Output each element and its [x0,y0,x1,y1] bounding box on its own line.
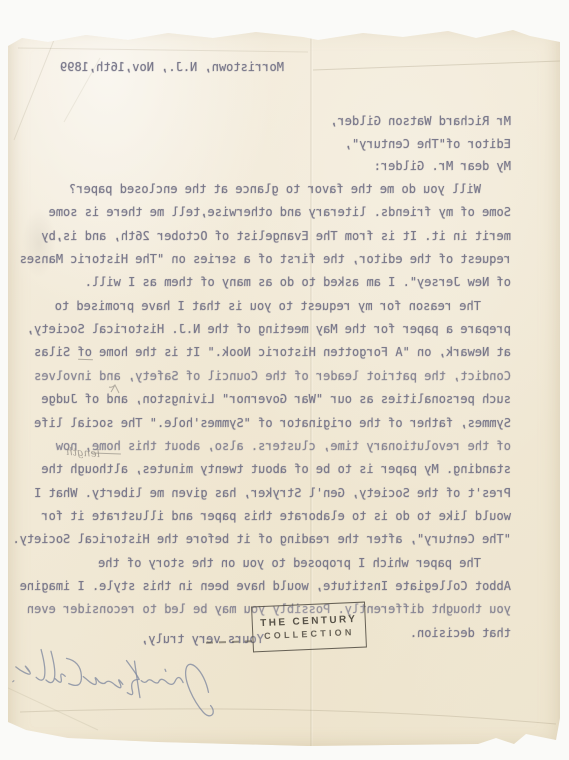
salutation-line: My dear Mr. Gilder: [374,159,511,173]
scanned-letter-page: Morristown, N.J., Nov,16th,1899 Mr Richa… [0,0,569,760]
body-line: Abbot Collegiate Institute, would have b… [20,579,511,593]
body-line: that decision. [410,626,511,640]
body-line: The reason for my request to you is that… [55,299,481,313]
body-line: such personalities as our "War Governor"… [41,392,511,406]
body-line: Symmes, father of the originator of "Sym… [34,416,511,430]
body-line: standing. My paper is to be of about twe… [41,462,511,476]
body-line: of the revolutionary time, clusters. als… [56,439,511,453]
body-line: would like to do is to elaborate this pa… [41,509,511,523]
body-line: request of the editor, the first of a se… [20,252,511,266]
century-collection-stamp: THE CENTURY COLLECTION [251,602,367,653]
pencil-underline-of [78,359,93,361]
pencil-annotation: length [66,446,101,460]
stamp-line-2: COLLECTION [264,627,355,641]
handwritten-signature [8,639,227,726]
date-line: Morristown, N.J., Nov,16th,1899 [60,60,284,74]
body-line: "The Century", after the reading of it b… [13,532,512,546]
body-line: Some of my friends. literary and otherwi… [49,205,511,219]
closing-line: Yours very truly, [141,632,264,646]
body-line: of New Jersey". I am asked to do as many… [85,275,511,289]
body-line: Pres't of the Society, Gen'l Stryker, ha… [34,486,511,500]
body-line: at Newark, on "A Forgotten Historic Nook… [34,345,511,359]
body-line: Will you do me the favor to glance at th… [69,182,481,196]
body-line: prepare a paper for the May meeting of t… [27,322,511,336]
body-line: The paper which I proposed to you on the… [98,556,481,570]
recipient-line-2: Editor of"The Century", [345,137,511,151]
body-line: Condict, the patriot leader of the Counc… [34,369,511,383]
pencil-caret-icon [108,384,120,394]
letter-paper: Morristown, N.J., Nov,16th,1899 Mr Richa… [8,28,560,750]
body-line: merit in it. It is from The Evangelist o… [41,229,511,243]
recipient-line-1: Mr Richard Watson Gilder, [330,114,511,128]
